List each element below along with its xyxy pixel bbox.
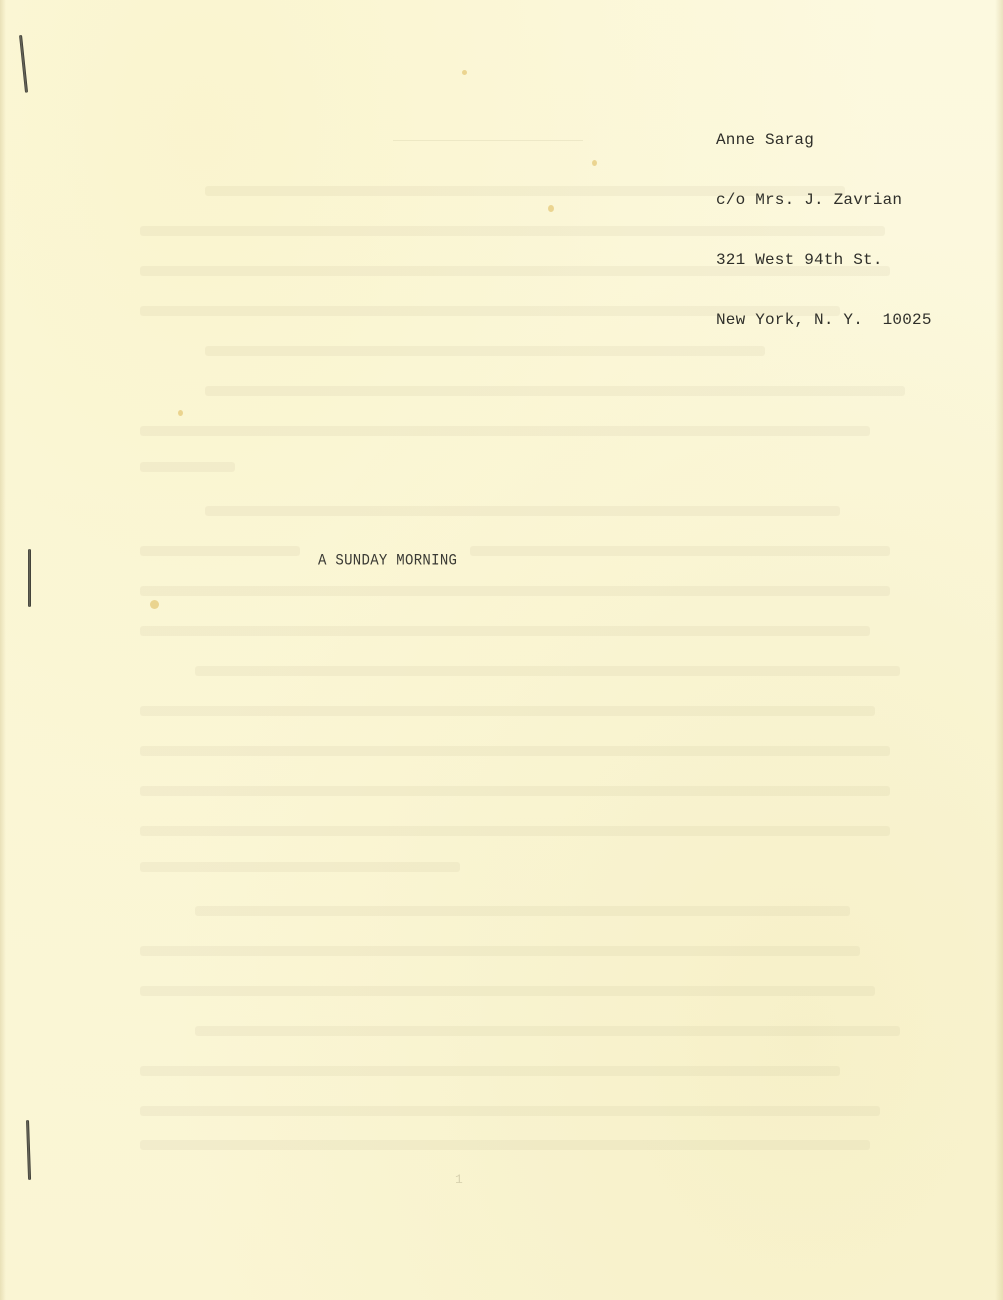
bleed-through-line xyxy=(140,1066,840,1076)
page-title: A SUNDAY MORNING xyxy=(318,552,457,570)
bleed-through-line xyxy=(140,306,840,316)
bleed-through-line xyxy=(195,906,850,916)
bleed-through-line xyxy=(205,506,840,516)
stain-speck xyxy=(592,160,597,166)
bleed-through-line xyxy=(205,186,845,196)
bleed-through-line xyxy=(140,626,870,636)
bleed-through-line xyxy=(195,1026,900,1036)
stain-speck xyxy=(150,600,159,609)
stain-speck xyxy=(462,70,467,75)
address-name: Anne Sarag xyxy=(716,130,932,150)
bleed-through-line xyxy=(140,946,860,956)
paper-edge-right xyxy=(995,0,1003,1300)
page-number: 1 xyxy=(455,1172,463,1187)
bleed-through-line xyxy=(470,546,890,556)
bleed-through-line xyxy=(140,226,885,236)
bleed-through-line xyxy=(140,266,890,276)
paper-edge-left xyxy=(0,0,6,1300)
staple-middle xyxy=(28,549,31,607)
bleed-through-line xyxy=(140,826,890,836)
bleed-through-line xyxy=(140,862,460,872)
bleed-through-line xyxy=(140,546,300,556)
bleed-through-line xyxy=(140,986,875,996)
bleed-through-line xyxy=(195,666,900,676)
bleed-through-line xyxy=(140,706,875,716)
bleed-through-line xyxy=(205,386,905,396)
bleed-through-line xyxy=(140,462,235,472)
stain-speck xyxy=(178,410,183,416)
bleed-through-line xyxy=(140,426,870,436)
bleed-through-title xyxy=(393,128,583,141)
bleed-through-line xyxy=(140,746,890,756)
bleed-through-line xyxy=(140,786,890,796)
bleed-through-line xyxy=(205,346,765,356)
bleed-through-line xyxy=(140,586,890,596)
stain-speck xyxy=(548,205,554,212)
bleed-through-line xyxy=(140,1106,880,1116)
bleed-through-line xyxy=(140,1140,870,1150)
